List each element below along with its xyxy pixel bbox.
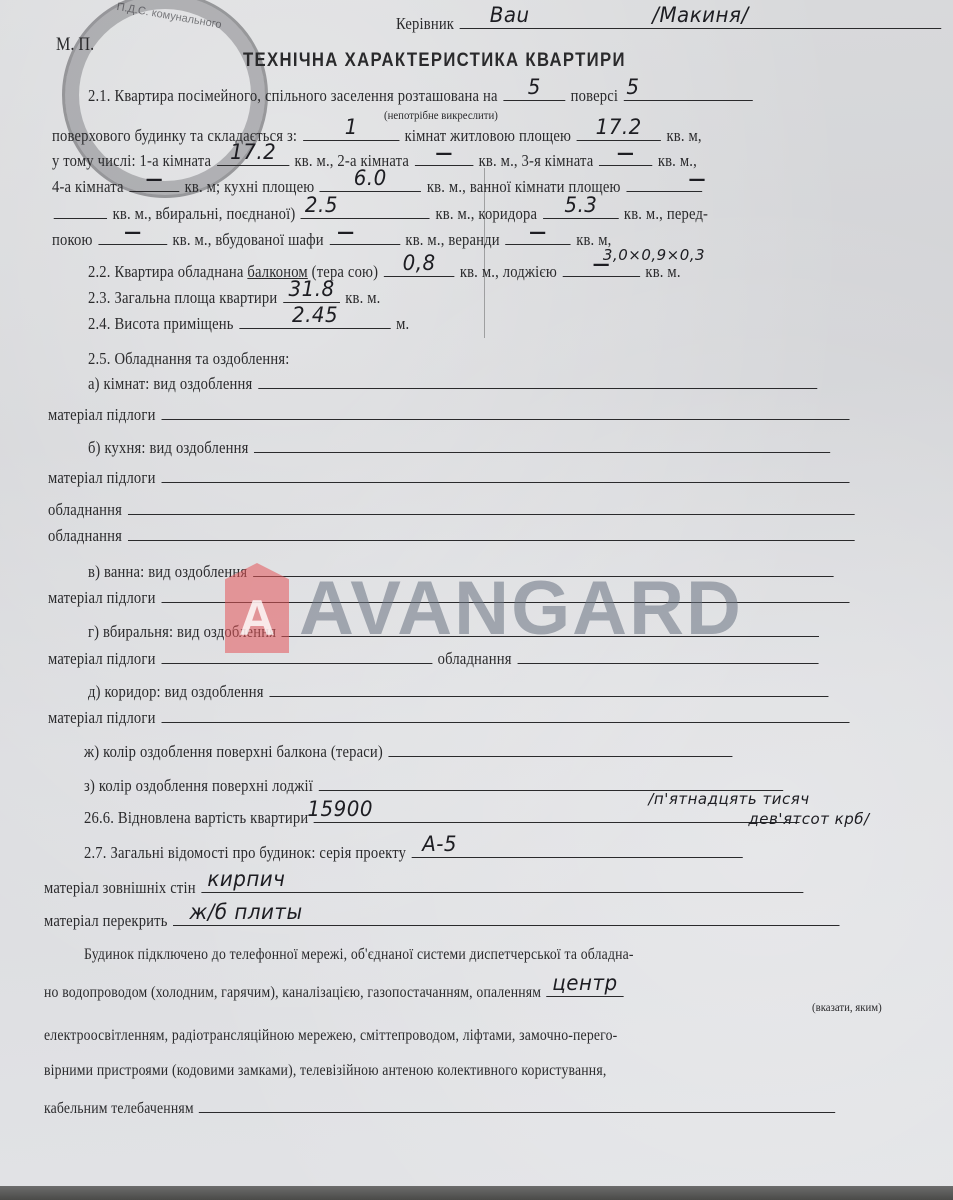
label-text: матеріал зовнішніх стін xyxy=(44,878,196,898)
loggia-value: — xyxy=(559,254,644,275)
project-series-value: А-5 xyxy=(422,832,758,856)
bathroom-field-cont[interactable] xyxy=(54,204,107,219)
restored-value-words-1: /п'ятнадцять тисяч xyxy=(505,790,953,808)
living-area-value: 17.2 xyxy=(572,115,665,139)
balcony-color-field[interactable] xyxy=(388,742,732,757)
label-text: кв. м., лоджією xyxy=(460,262,557,282)
bath-finish-field[interactable] xyxy=(253,562,834,577)
label-text: 2.7. Загальні відомості про будинок: сер… xyxy=(84,843,406,863)
room4-value: — xyxy=(127,169,182,190)
corridor-finish-row: д) коридор: вид оздоблення xyxy=(88,682,830,702)
label-text: 26.6. Відновлена вартість квартири xyxy=(84,808,308,828)
toilet-finish-row: г) вбиральня: вид оздоблення xyxy=(88,622,821,642)
corridor-floor-row: матеріал підлоги xyxy=(48,708,851,728)
toilet-floor-field[interactable] xyxy=(161,649,432,664)
head-name: /Макиня/ xyxy=(652,3,953,27)
hallway-value: — xyxy=(95,222,171,243)
label-text: кв. м., вбиральні, поєднаної) xyxy=(113,204,296,224)
heating-field[interactable]: центр xyxy=(546,982,623,997)
living-area-field[interactable]: 17.2 xyxy=(577,126,661,141)
toilet-value: 2.5 xyxy=(305,193,436,217)
kitchen-field[interactable]: 6.0 xyxy=(320,177,421,192)
kitchen-value: 6.0 xyxy=(315,166,427,190)
kitchen-floor-row: матеріал підлоги xyxy=(48,468,851,488)
ceiling-field[interactable]: ж/б плиты xyxy=(173,911,840,926)
fold-crease xyxy=(484,168,485,338)
utilities-line-3: електроосвітленням, радіотрансляційною м… xyxy=(44,1027,617,1045)
label-text: з) колір оздоблення поверхні лоджії xyxy=(84,776,313,796)
utilities-line-4: вірними пристроями (кодовими замками), т… xyxy=(44,1062,606,1080)
bath-finish-row: в) ванна: вид оздоблення xyxy=(88,562,835,582)
label-text: кв. м., перед- xyxy=(624,204,708,224)
project-series-field[interactable]: А-5 xyxy=(412,843,743,858)
label-text: в) ванна: вид оздоблення xyxy=(88,562,247,582)
ceiling-height-field[interactable]: 2.45 xyxy=(239,314,390,329)
veranda-field[interactable]: — xyxy=(505,230,570,245)
closet-field[interactable]: — xyxy=(329,230,400,245)
kitchen-finish-row: б) кухня: вид оздоблення xyxy=(88,438,832,458)
label-text: матеріал підлоги xyxy=(48,649,156,669)
label-text: поверсі xyxy=(571,86,619,106)
kitchen-equipment-row-2: обладнання xyxy=(48,526,856,546)
bathroom-field[interactable]: — xyxy=(626,177,702,192)
kitchen-floor-field[interactable] xyxy=(161,468,849,483)
bathroom-value: — xyxy=(622,169,705,190)
room1-field[interactable]: 17.2 xyxy=(217,151,289,166)
label-text: матеріал підлоги xyxy=(48,468,156,488)
head-signature-field[interactable]: Bau /Макиня/ xyxy=(460,14,942,29)
cable-tv-row: кабельним телебаченням xyxy=(44,1098,837,1118)
cable-tv-field[interactable] xyxy=(199,1098,835,1113)
utilities-line-2: но водопроводом (холодним, гарячим), кан… xyxy=(44,982,626,1002)
walls-value: кирпич xyxy=(207,867,831,891)
floors-total-value: 5 xyxy=(626,75,758,99)
seal-label: М. П. xyxy=(56,34,94,56)
label-text: обладнання xyxy=(438,649,512,669)
room4-field[interactable]: — xyxy=(129,177,179,192)
label-text: г) вбиральня: вид оздоблення xyxy=(88,622,276,642)
label-text: кв. м, xyxy=(666,126,701,146)
floors-total-field[interactable]: 5 xyxy=(624,86,753,101)
hallway-field[interactable]: — xyxy=(98,230,167,245)
kitchen-finish-field[interactable] xyxy=(254,438,830,453)
rooms-floor-row: матеріал підлоги xyxy=(48,405,851,425)
kitchen-equipment-field-2[interactable] xyxy=(128,526,855,541)
page-title: ТЕХНІЧНА ХАРАКТЕРИСТИКА КВАРТИРИ xyxy=(243,50,626,72)
floor-field[interactable]: 5 xyxy=(503,86,565,101)
label-text: ж) колір оздоблення поверхні балкона (те… xyxy=(84,742,383,762)
label-text: кв. м., xyxy=(658,151,697,171)
veranda-value: — xyxy=(502,222,574,243)
restored-value-words-2: дев'ятсот крб/ xyxy=(665,810,953,828)
rooms-value: 1 xyxy=(298,115,404,139)
kitchen-equipment-row-1: обладнання xyxy=(48,500,856,520)
ceiling-value: ж/б плиты xyxy=(189,900,870,924)
loggia-color-field[interactable] xyxy=(319,776,783,791)
corridor-floor-field[interactable] xyxy=(161,708,849,723)
room2-value: — xyxy=(412,143,476,164)
kitchen-equipment-field-1[interactable] xyxy=(128,500,855,515)
label-text: кв. м., коридора xyxy=(436,204,538,224)
bath-floor-row: матеріал підлоги xyxy=(48,588,851,608)
label-text: 4-а кімната xyxy=(52,177,124,197)
label-text: кв. м. xyxy=(645,262,680,282)
label-text: а) кімнат: вид оздоблення xyxy=(88,374,252,394)
rooms-floor-field[interactable] xyxy=(161,405,849,420)
ceiling-height-value: 2.45 xyxy=(232,303,398,327)
heating-note: (вказати, яким) xyxy=(812,1000,882,1015)
section-2-2-row: 2.2. Квартира обладнана балконом (тера с… xyxy=(88,262,681,282)
label-text: 2.2. Квартира обладнана xyxy=(88,262,244,282)
head-signature-row: Керівник Bau /Макиня/ xyxy=(396,14,943,34)
toilet-floor-row: матеріал підлоги обладнання xyxy=(48,649,820,669)
label-text: матеріал підлоги xyxy=(48,708,156,728)
balcony-color-row: ж) колір оздоблення поверхні балкона (те… xyxy=(84,742,734,762)
balcony-area-field[interactable]: 0,8 xyxy=(384,262,455,277)
toilet-equipment-field[interactable] xyxy=(517,649,818,664)
label-text: кв. м., вбудованої шафи xyxy=(172,230,323,250)
section-2-4-row: 2.4. Висота приміщень 2.45 м. xyxy=(88,314,409,334)
loggia-field[interactable]: — xyxy=(562,262,639,277)
label-text: покою xyxy=(52,230,93,250)
label-text: 2.1. Квартира посімейного, спільного зас… xyxy=(88,86,498,106)
room1-value: 17.2 xyxy=(213,140,292,164)
project-series-row: 2.7. Загальні відомості про будинок: сер… xyxy=(84,843,744,863)
label-text: кв. м; кухні площею xyxy=(185,177,315,197)
total-area-field[interactable]: 31.8 xyxy=(283,288,340,303)
bath-floor-field[interactable] xyxy=(161,588,849,603)
section-2-1-row-5: кв. м., вбиральні, поєднаної) 2.5 кв. м.… xyxy=(52,204,708,224)
label-text: кв. м., 3-я кімната xyxy=(479,151,594,171)
heating-value: центр xyxy=(543,971,628,995)
label-text: б) кухня: вид оздоблення xyxy=(88,438,248,458)
label-text: матеріал підлоги xyxy=(48,588,156,608)
walls-field[interactable]: кирпич xyxy=(201,878,803,893)
rooms-field[interactable]: 1 xyxy=(303,126,399,141)
rooms-finish-row: а) кімнат: вид оздоблення xyxy=(88,374,819,394)
head-label: Керівник xyxy=(396,14,454,34)
room2-field[interactable]: — xyxy=(415,151,473,166)
floor-value: 5 xyxy=(500,75,568,99)
label-text: у тому числі: 1-а кімната xyxy=(52,151,211,171)
corridor-field[interactable]: 5.3 xyxy=(543,204,619,219)
ceiling-row: матеріал перекрить ж/б плиты xyxy=(44,911,841,931)
balcony-area-value: 0,8 xyxy=(380,251,458,275)
label-text: кабельним телебаченням xyxy=(44,1100,194,1118)
label-text: обладнання xyxy=(48,500,122,520)
corridor-finish-field[interactable] xyxy=(269,682,828,697)
label-text: д) коридор: вид оздоблення xyxy=(88,682,264,702)
room3-value: — xyxy=(596,143,655,164)
label-text: но водопроводом (холодним, гарячим), кан… xyxy=(44,984,541,1002)
label-text: матеріал перекрить xyxy=(44,911,168,931)
section-2-1-row-1: 2.1. Квартира посімейного, спільного зас… xyxy=(88,86,754,106)
corridor-value: 5.3 xyxy=(539,193,622,217)
total-area-value: 31.8 xyxy=(280,277,342,301)
toilet-field[interactable]: 2.5 xyxy=(301,204,430,219)
section-2-5-heading: 2.5. Обладнання та оздоблення: xyxy=(88,349,290,369)
label-text: 2.4. Висота приміщень xyxy=(88,314,234,334)
toilet-finish-field[interactable] xyxy=(282,622,820,637)
utilities-line-1: Будинок підключено до телефонної мережі,… xyxy=(84,946,634,964)
closet-value: — xyxy=(337,222,403,243)
rooms-finish-field[interactable] xyxy=(258,374,817,389)
room3-field[interactable]: — xyxy=(599,151,652,166)
label-text: обладнання xyxy=(48,526,122,546)
label-text: матеріал підлоги xyxy=(48,405,156,425)
walls-row: матеріал зовнішніх стін кирпич xyxy=(44,878,805,898)
